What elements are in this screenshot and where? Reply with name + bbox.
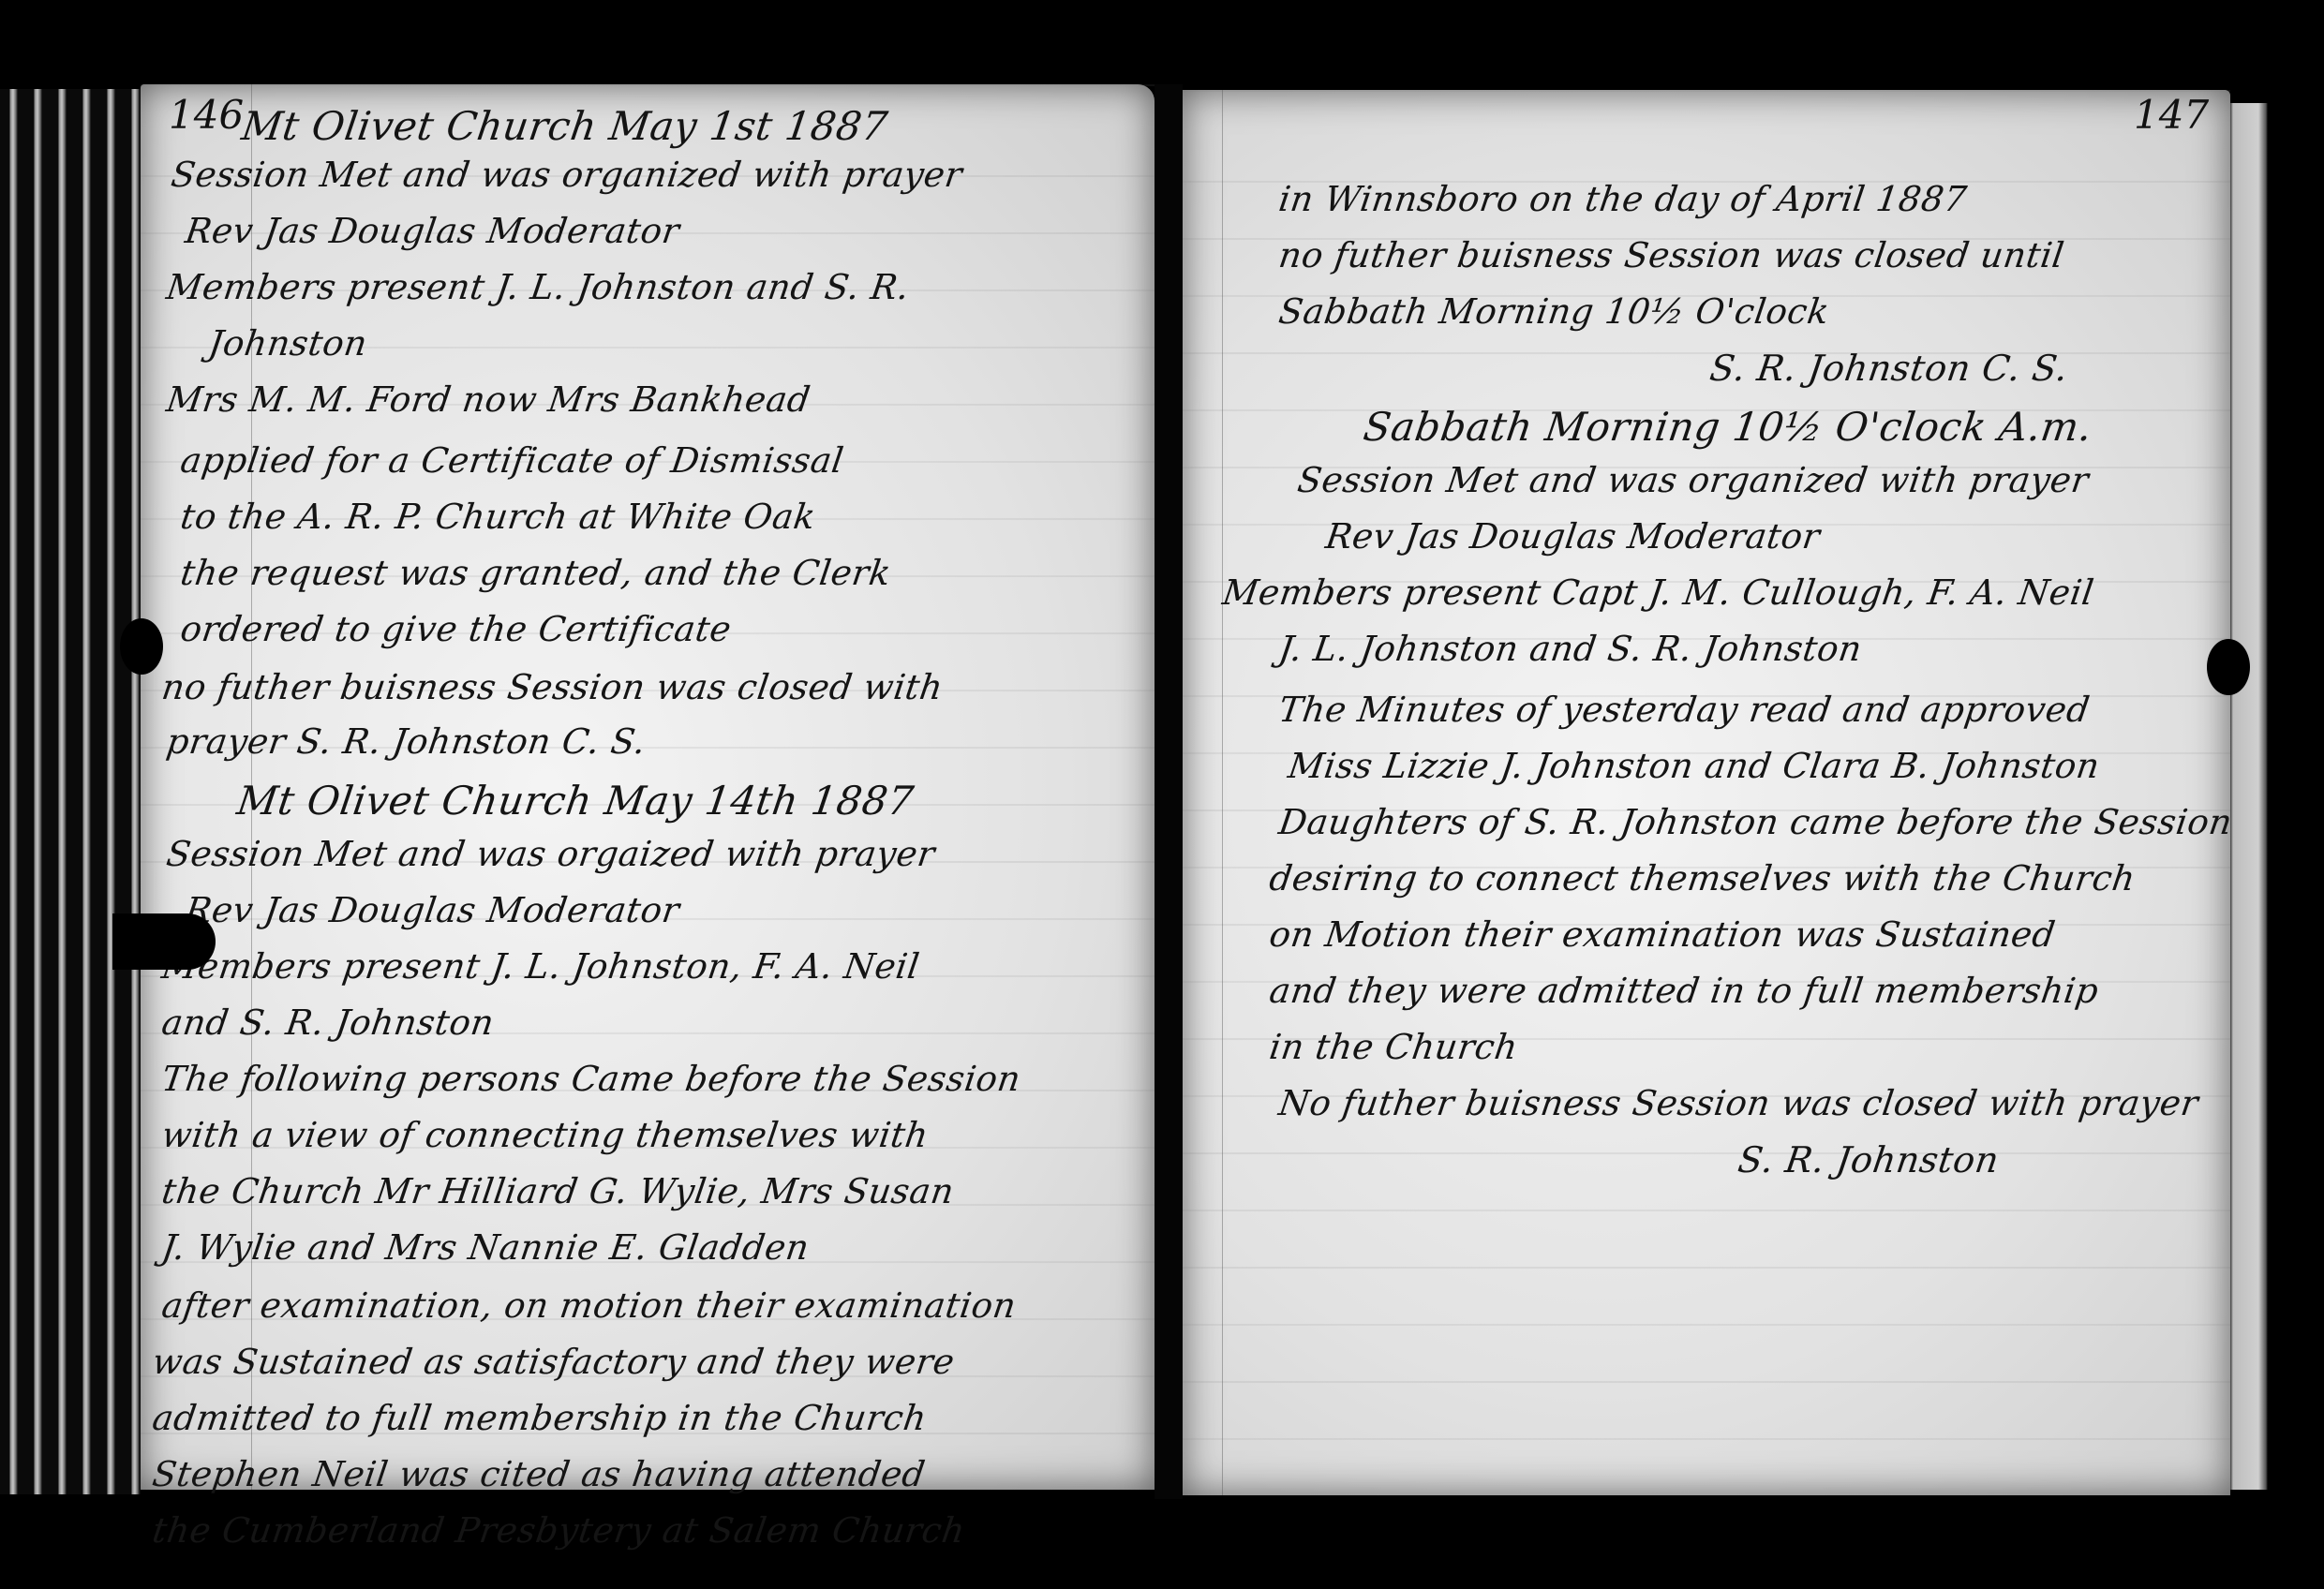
handwritten-line: desiring to connect themselves with the …	[1267, 858, 2138, 898]
handwritten-line: prayer S. R. Johnston C. S.	[164, 721, 648, 762]
handwritten-line: Mrs M. M. Ford now Mrs Bankhead	[164, 379, 813, 420]
handwritten-line: No futher buisness Session was closed wi…	[1276, 1083, 2201, 1123]
handwritten-line: the request was granted, and the Clerk	[178, 553, 894, 593]
handwritten-line: Johnston	[206, 323, 370, 364]
handwritten-line: Session Met and was orgaized with prayer	[164, 834, 937, 874]
right-page-edges	[2230, 103, 2268, 1490]
handwritten-line: S. R. Johnston	[1736, 1139, 2002, 1181]
handwritten-line: in the Church	[1267, 1027, 1521, 1067]
binding-clip	[112, 913, 216, 970]
handwritten-line: The Minutes of yesterday read and approv…	[1276, 690, 2093, 730]
handwritten-line: and they were admitted in to full member…	[1267, 971, 2101, 1011]
binding-hole	[2207, 639, 2250, 695]
handwritten-line: ordered to give the Certificate	[178, 609, 734, 649]
handwritten-line: Mt Olivet Church May 14th 1887	[234, 778, 916, 824]
handwritten-line: Miss Lizzie J. Johnston and Clara B. Joh…	[1286, 746, 2102, 786]
handwritten-line: Session Met and was organized with praye…	[1295, 460, 2092, 500]
page-number-right: 147	[2134, 92, 2209, 138]
handwritten-line: admitted to full membership in the Churc…	[150, 1398, 930, 1438]
handwritten-line: Members present Capt J. M. Cullough, F. …	[1220, 572, 2096, 613]
handwritten-line: Session Met and was organized with praye…	[169, 155, 965, 195]
handwritten-line: the Church Mr Hilliard G. Wylie, Mrs Sus…	[159, 1171, 957, 1211]
margin-rule	[1222, 90, 1223, 1495]
handwritten-line: Sabbath Morning 10½ O'clock	[1276, 291, 1832, 332]
handwritten-line: with a view of connecting themselves wit…	[159, 1115, 931, 1155]
book-gutter	[1155, 84, 1183, 1499]
handwritten-line: Stephen Neil was cited as having attende…	[150, 1454, 928, 1494]
right-page: 147 in Winnsboro on the day of April 188…	[1183, 90, 2230, 1495]
handwritten-line: J. L. Johnston and S. R. Johnston	[1276, 629, 1865, 669]
handwritten-line: no futher buisness Session was closed un…	[1276, 235, 2067, 275]
handwritten-line: on Motion their examination was Sustaine…	[1267, 914, 2058, 955]
handwritten-line: in Winnsboro on the day of April 1887	[1276, 179, 1970, 219]
left-page: 146 Mt Olivet Church May 1st 1887Session…	[141, 84, 1155, 1490]
handwritten-line: was Sustained as satisfactory and they w…	[150, 1342, 957, 1382]
handwritten-line: Rev Jas Douglas Moderator	[183, 211, 682, 251]
handwritten-line: S. R. Johnston C. S.	[1707, 348, 2071, 389]
handwritten-line: Members present J. L. Johnston, F. A. Ne…	[159, 946, 922, 987]
handwritten-line: The following persons Came before the Se…	[159, 1059, 1023, 1099]
handwritten-line: Members present J. L. Johnston and S. R.	[164, 267, 912, 307]
handwritten-line: and S. R. Johnston	[159, 1002, 497, 1043]
handwritten-line: applied for a Certificate of Dismissal	[178, 440, 846, 481]
handwritten-line: Rev Jas Douglas Moderator	[1323, 516, 1823, 557]
handwritten-line: no futher buisness Session was closed wi…	[159, 667, 946, 707]
handwritten-line: J. Wylie and Mrs Nannie E. Gladden	[159, 1227, 812, 1268]
book-page-edges	[0, 89, 141, 1494]
handwritten-line: after examination, on motion their exami…	[159, 1285, 1019, 1326]
handwritten-line: Daughters of S. R. Johnston came before …	[1276, 802, 2235, 842]
binding-hole	[120, 618, 163, 675]
handwritten-line: the Cumberland Presbytery at Salem Churc…	[150, 1510, 968, 1551]
handwritten-line: to the A. R. P. Church at White Oak	[178, 497, 818, 537]
handwritten-line: Mt Olivet Church May 1st 1887	[239, 103, 890, 149]
page-number-left: 146	[169, 92, 244, 138]
handwritten-line: Sabbath Morning 10½ O'clock A.m.	[1361, 404, 2095, 450]
handwritten-line: Rev Jas Douglas Moderator	[183, 890, 682, 930]
